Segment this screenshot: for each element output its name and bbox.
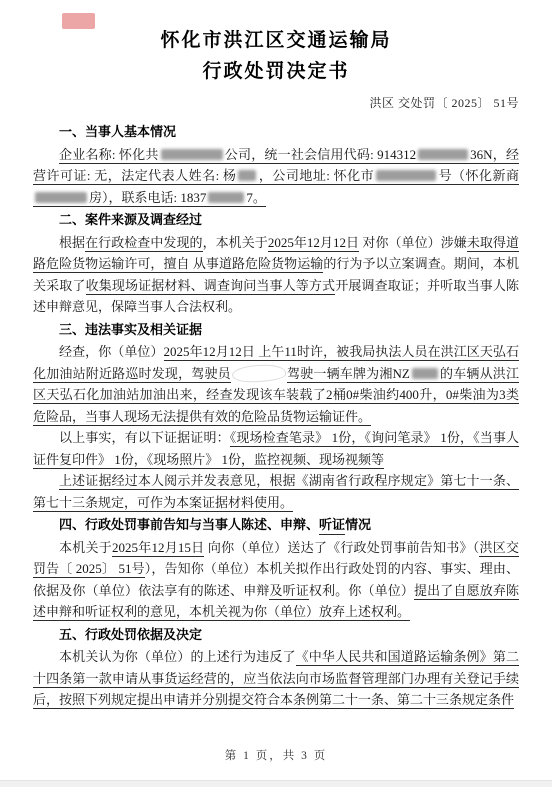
page-bottom-edge <box>0 780 552 787</box>
text-run: 四、行政处罚事前告知与当事人陈述、申辩、 <box>59 518 319 533</box>
paragraph-party-info: 企业名称: 怀化共公司，统一社会信用代码: 91431236N，经营许可证: 无… <box>33 144 519 209</box>
document-number: 洪区 交处罚〔 2025〕 51号 <box>0 94 552 111</box>
agency-title: 怀化市洪江区交通运输局 <box>0 25 552 56</box>
filled-blank: 上述证据经过本人阅示并发表意见，根据《湖南省行政程序规定》第七十一条、第七十三条… <box>33 473 519 512</box>
text-run: 根据 <box>59 235 85 250</box>
section-heading-facts-evidence: 三、违法事实及相关证据 <box>33 320 519 342</box>
text-run: 情况 <box>345 518 371 533</box>
redaction-mark <box>418 149 468 160</box>
text-run: 经查，你（单位） <box>59 344 164 359</box>
filled-blank: 收集现场证据材料、调查询问当事人等方式 <box>86 278 336 295</box>
redaction-mark <box>208 192 244 203</box>
text-run: 驾驶一辆车牌为湘NZ <box>287 366 410 381</box>
redaction-mark <box>35 192 87 203</box>
penalty-decision-document: 怀化市洪江区交通运输局 行政处罚决定书 洪区 交处罚〔 2025〕 51号 一、… <box>0 0 552 787</box>
text-run: 本机关认为你（单位）的上述行为违反了 <box>59 649 296 664</box>
text-run: 以上事实，有以下证据证明： <box>59 430 230 445</box>
paragraph-evidence-list: 以上事实，有以下证据证明：《现场检查笔录》 1份，《询问笔录》 1份，《当事人证… <box>33 427 519 470</box>
text-run: 7。 <box>246 190 266 205</box>
filled-blank: 2025年12月15日 <box>112 540 204 557</box>
redaction-mark <box>412 368 438 379</box>
text-run: 房），联系电话: 1837 <box>89 190 206 205</box>
paragraph-facts: 经查，你（单位）2025年12月12日 上午11时许，被我局执法人员在洪江区天弘… <box>33 341 519 427</box>
text-run: 对你（单位）涉嫌 <box>359 235 467 250</box>
paragraph-case-source: 根据在行政检查中发现的，本机关于2025年12月12日 对你（单位）涉嫌未取得道… <box>33 232 519 318</box>
section-heading-party-info: 一、当事人基本情况 <box>33 122 519 144</box>
document-body: 一、当事人基本情况 企业名称: 怀化共公司，统一社会信用代码: 91431236… <box>0 111 552 711</box>
filled-blank: 2025年12月12日 <box>268 235 359 252</box>
text-run: 本机关于 <box>59 540 112 555</box>
text-run: 号（怀化新商 <box>438 168 519 183</box>
filled-blank: 及听证 <box>269 583 308 600</box>
text-run: 公司，统一社会信用代码: 914312 <box>225 147 417 162</box>
filled-blank: 企业名称: 怀化共公司，统一社会信用代码: 91431236N，经营许可证: 无… <box>33 147 519 207</box>
redaction-mark <box>238 170 256 181</box>
filled-blank: 在行政检查中发现的 <box>85 235 202 252</box>
whiteout-redaction-mark <box>232 364 287 383</box>
text-run: 向你（单位）送达了《行政处罚事前告知书》（ <box>204 540 479 555</box>
paragraph-evidence-statement: 上述证据经过本人阅示并发表意见，根据《湖南省行政程序规定》第七十一条、第七十三条… <box>33 470 519 513</box>
paragraph-prior-notice: 本机关于2025年12月15日 向你（单位）送达了《行政处罚事前告知书》（洪区交… <box>33 537 519 623</box>
section-heading-penalty-decision: 五、行政处罚依据及决定 <box>33 625 519 647</box>
redaction-highlight-mark <box>62 13 95 29</box>
redaction-mark <box>376 170 436 181</box>
text-run: 企业名称: 怀化共 <box>59 147 159 162</box>
text-run: ，公司地址: 怀化市 <box>258 168 374 183</box>
section-heading-prior-notice: 四、行政处罚事前告知与当事人陈述、申辩、听证情况 <box>33 515 519 537</box>
document-title: 行政处罚决定书 <box>0 56 552 87</box>
text-run: 权利。你（单位） <box>309 583 414 598</box>
section-heading-case-source: 二、案件来源及调查经过 <box>33 210 519 232</box>
redaction-mark <box>161 149 223 160</box>
filled-blank: 听证 <box>319 518 345 535</box>
text-run: ，本机关于 <box>203 235 268 250</box>
page-number-footer: 第 1 页，共 3 页 <box>0 747 552 763</box>
paragraph-penalty-basis: 本机关认为你（单位）的上述行为违反了《中华人民共和国道路运输条例》第二十四条第一… <box>33 646 519 711</box>
